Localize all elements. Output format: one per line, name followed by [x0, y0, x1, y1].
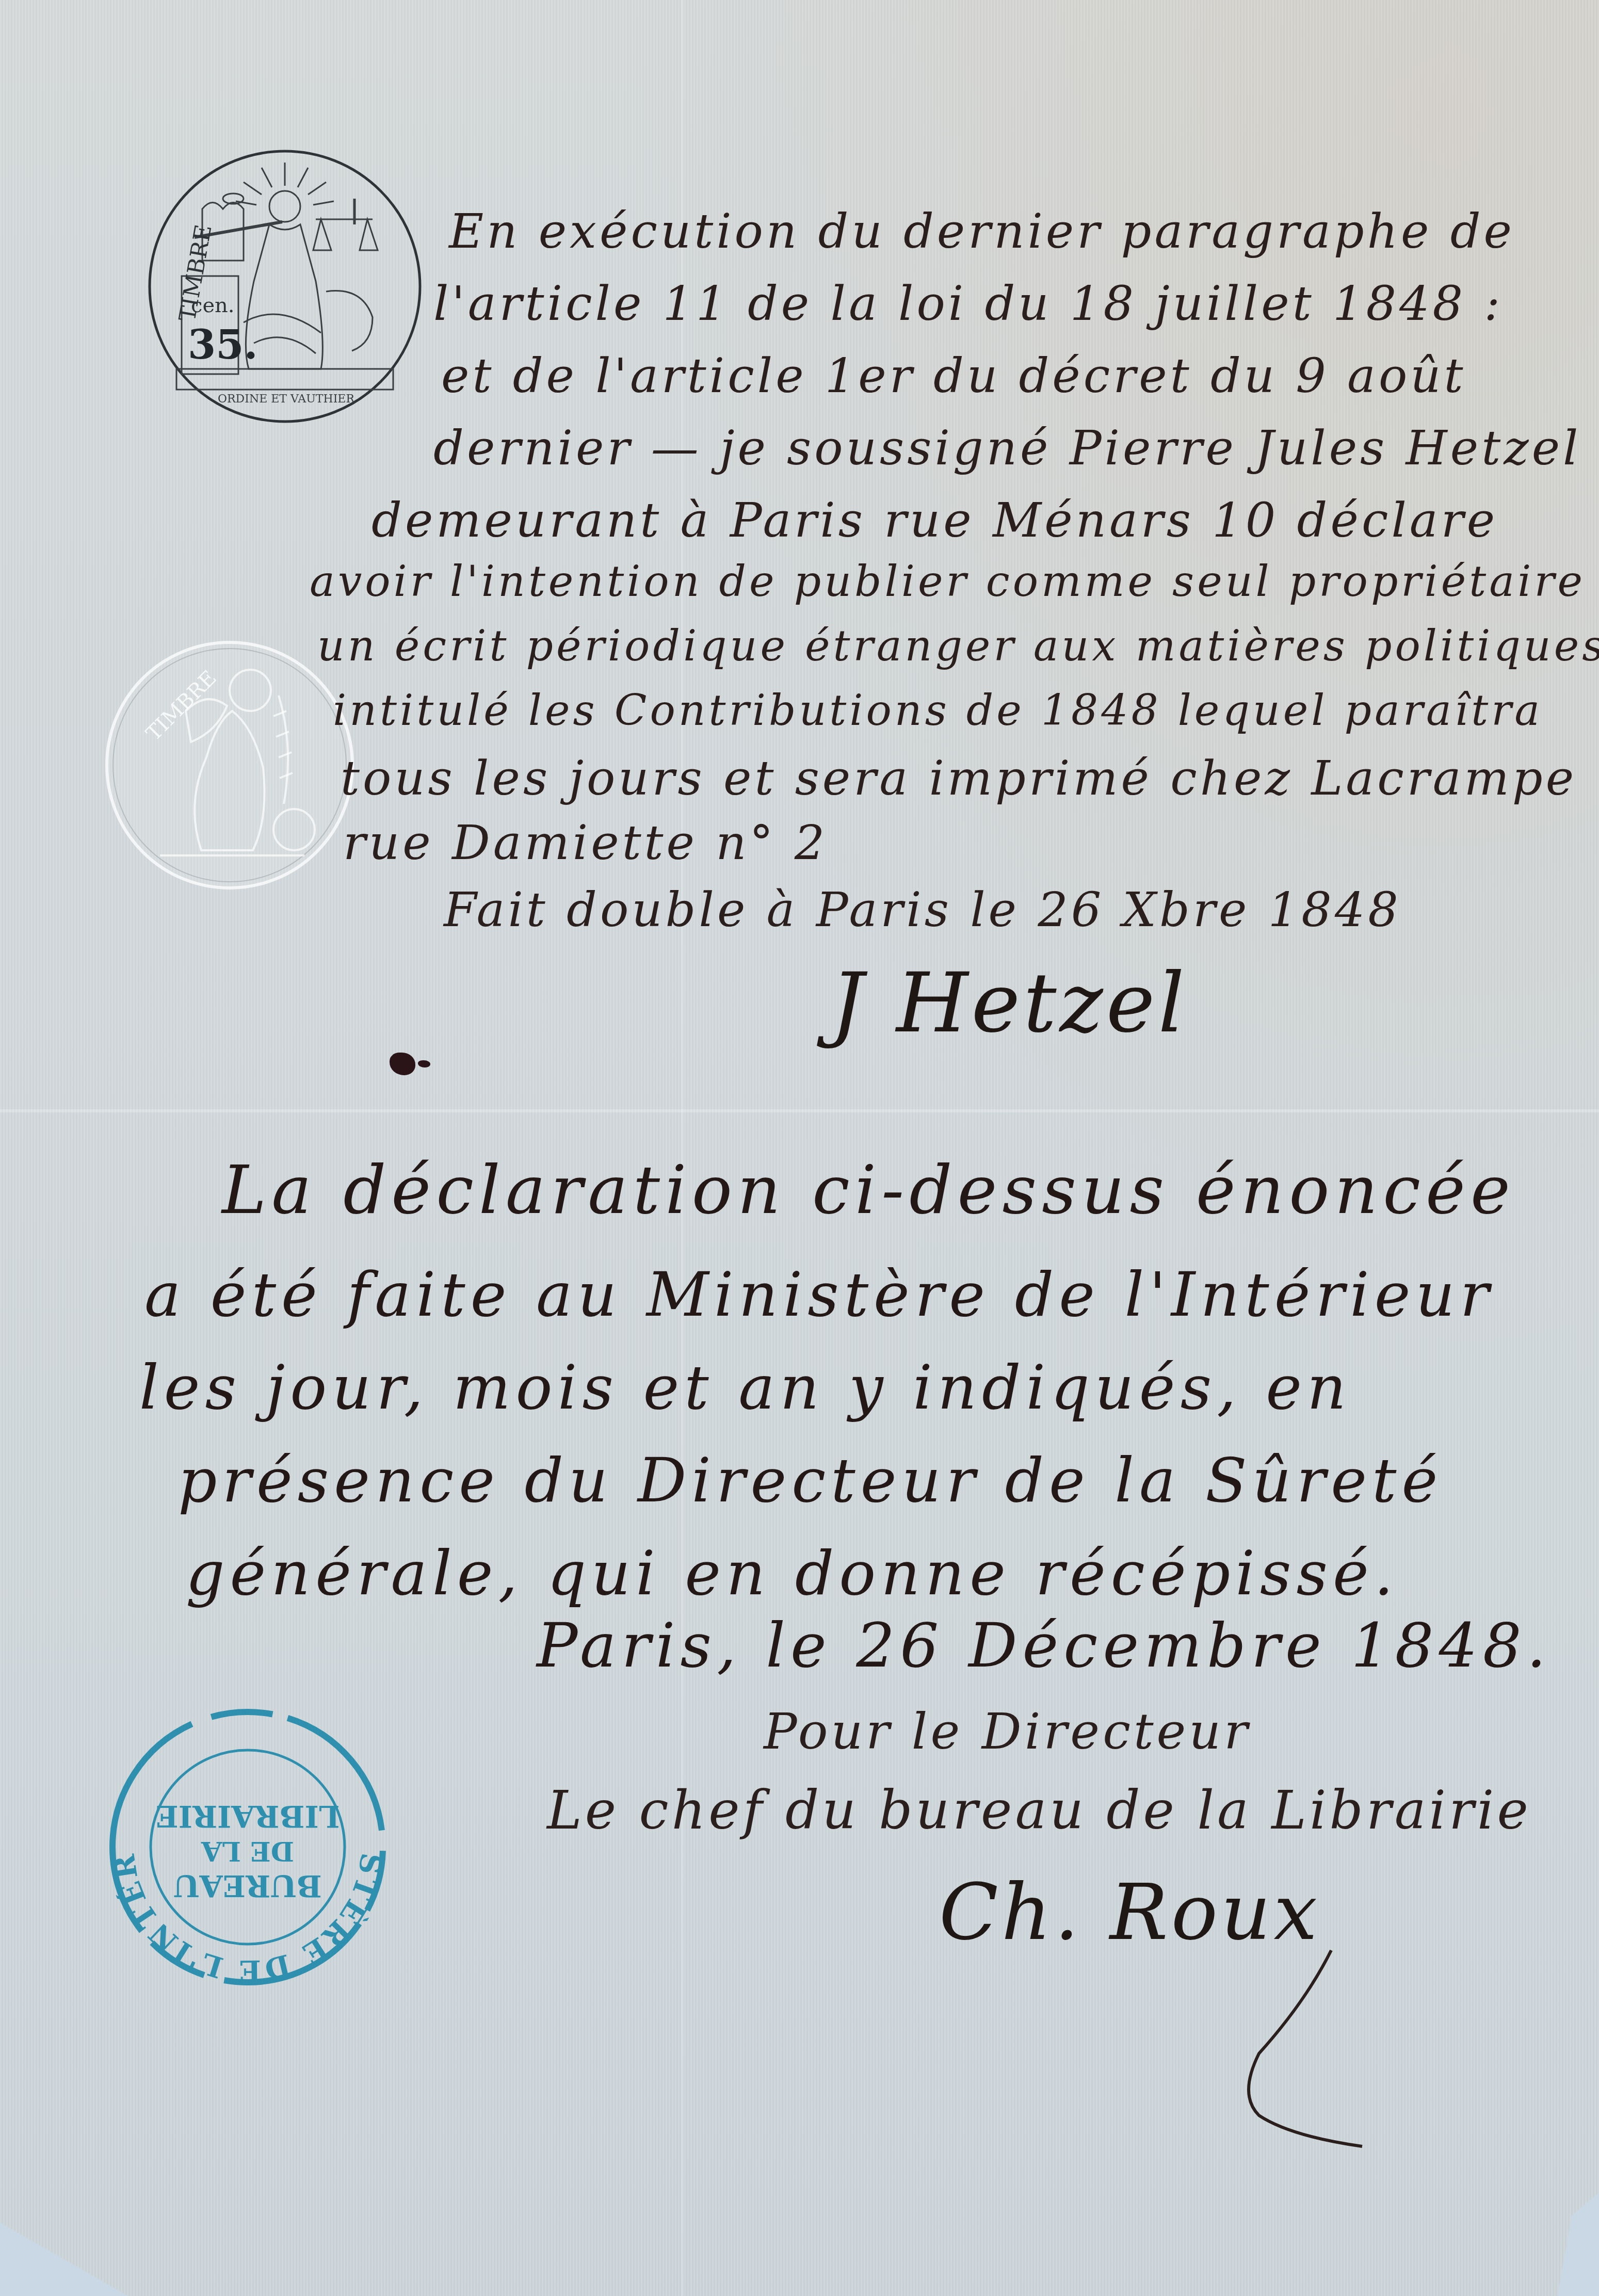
receipt-line: La déclaration ci-dessus énoncée: [222, 1151, 1515, 1229]
receipt-date: Paris, le 26 Décembre 1848.: [537, 1610, 1551, 1681]
declaration-line: avoir l'intention de publier comme seul …: [310, 557, 1586, 606]
receipt-closing-bureau-chief: Le chef du bureau de la Librairie: [547, 1780, 1531, 1841]
receipt-line: générale, qui en donne récépissé.: [186, 1538, 1398, 1609]
declaration-line: un écrit périodique étranger aux matière…: [317, 622, 1599, 671]
embossed-seal-icon: TIMBRE: [98, 634, 361, 897]
ink-blot: [418, 1060, 430, 1068]
tax-stamp: TIMBRE cen. 35. ORDINE ET VAUTHIER: [146, 147, 424, 426]
ministry-seal-icon: BUREAU DE LA LIBRAIRIE MINISTÈRE DE L'IN…: [101, 1703, 395, 1992]
svg-text:DE LA: DE LA: [201, 1835, 294, 1867]
liberty-seal-icon: TIMBRE cen. 35. ORDINE ET VAUTHIER: [146, 147, 424, 426]
receipt-line: les jour, mois et an y indiqués, en: [139, 1352, 1351, 1423]
paper-fold: [0, 1109, 1599, 1112]
receipt-line: a été faite au Ministère de l'Intérieur: [144, 1259, 1494, 1330]
office-stamp: BUREAU DE LA LIBRAIRIE MINISTÈRE DE L'IN…: [101, 1703, 395, 1992]
receipt-line: présence du Directeur de la Sûreté: [178, 1445, 1443, 1516]
declaration-line: En exécution du dernier paragraphe de: [449, 204, 1515, 259]
signature-flourish-icon: [1228, 1940, 1383, 2157]
declaration-line: rue Damiette n° 2: [343, 815, 828, 870]
svg-text:35.: 35.: [188, 321, 258, 368]
declaration-line: intitulé les Contributions de 1848 leque…: [333, 686, 1543, 735]
hetzel-signature: J Hetzel: [831, 955, 1188, 1051]
svg-text:BUREAU: BUREAU: [173, 1868, 322, 1903]
declaration-line: dernier — je soussigné Pierre Jules Hetz…: [433, 421, 1581, 476]
svg-text:cen.: cen.: [191, 294, 235, 317]
embossed-stamp: TIMBRE: [98, 634, 361, 897]
svg-text:ORDINE ET VAUTHIER: ORDINE ET VAUTHIER: [218, 393, 355, 406]
svg-text:LIBRAIRIE: LIBRAIRIE: [156, 1799, 340, 1834]
declaration-line: l'article 11 de la loi du 18 juillet 184…: [433, 276, 1503, 331]
declaration-line: et de l'article 1er du décret du 9 août: [441, 348, 1466, 403]
declaration-line: demeurant à Paris rue Ménars 10 déclare: [372, 493, 1498, 548]
receipt-closing-for-director: Pour le Directeur: [764, 1703, 1251, 1760]
declaration-line: tous les jours et sera imprimé chez Lacr…: [341, 751, 1577, 806]
declaration-place-date: Fait double à Paris le 26 Xbre 1848: [444, 882, 1401, 937]
paper-fold: [681, 0, 684, 2296]
